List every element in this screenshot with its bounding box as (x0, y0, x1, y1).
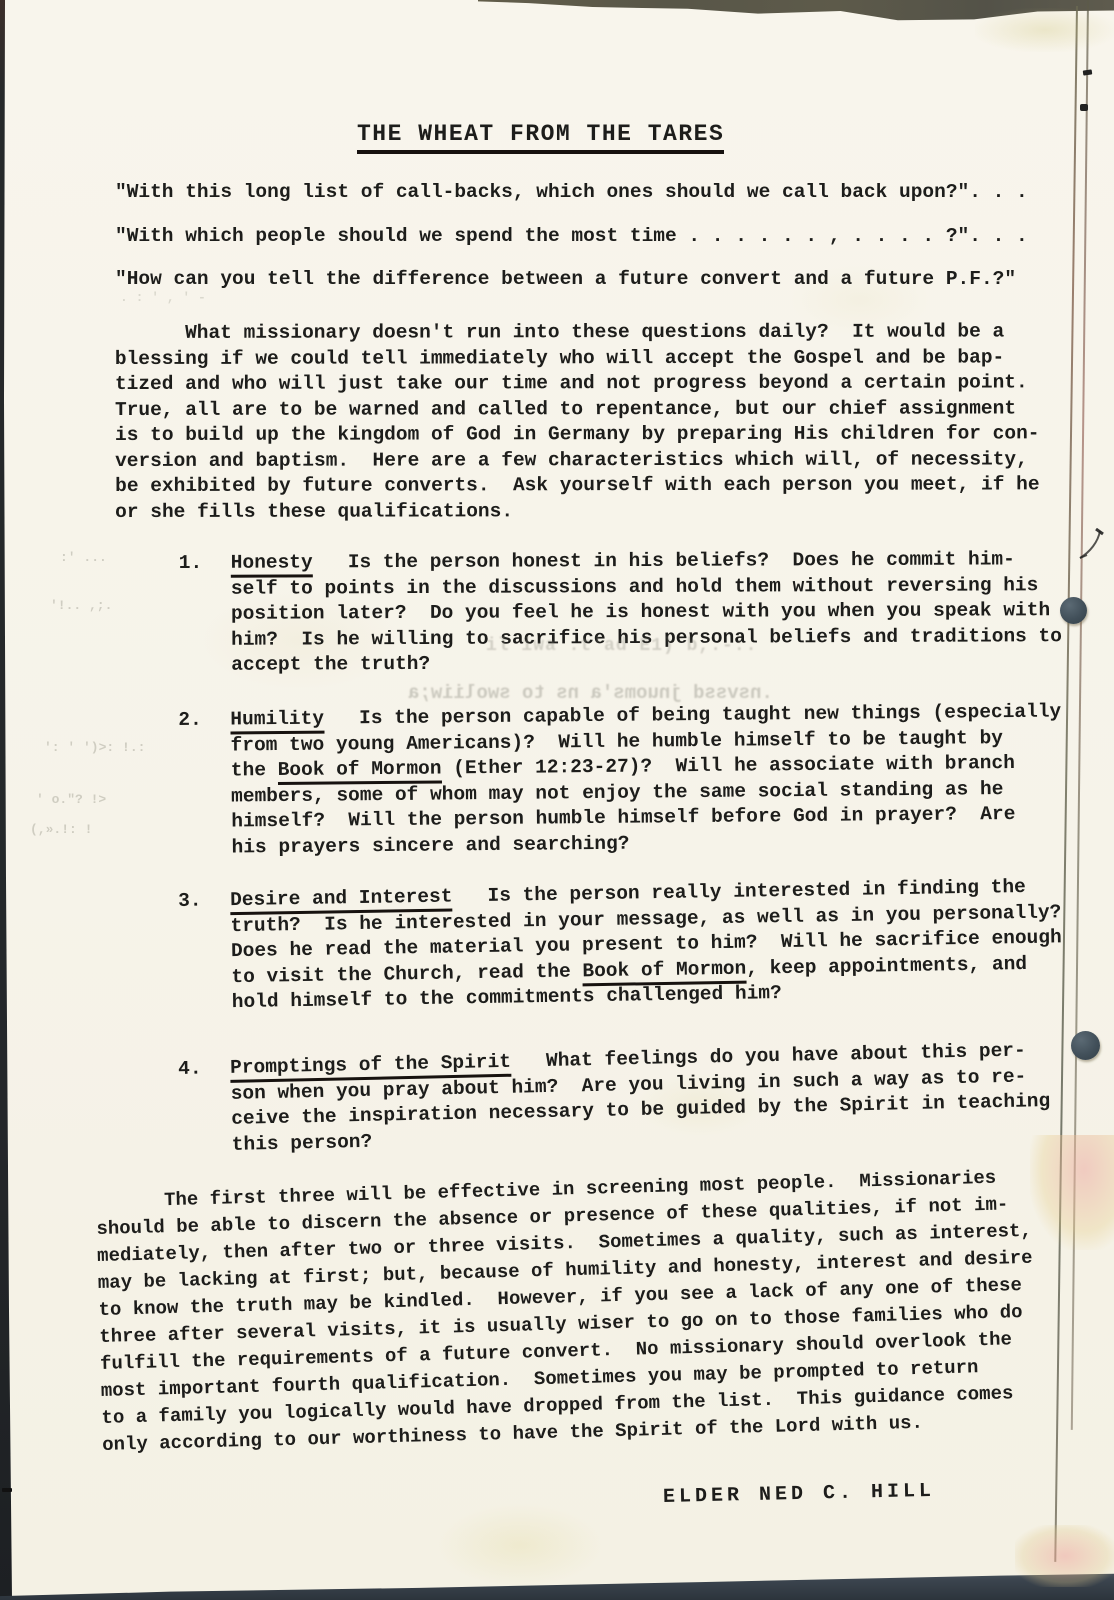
list-item-humility: 2. Humility Is the person capable of bei… (178, 699, 1114, 861)
item-text: Honesty Is the person honest in his beli… (231, 547, 1094, 678)
item-text: Humility Is the person capable of being … (230, 699, 1093, 860)
margin-smudge: . : ' , ' - (120, 290, 206, 305)
item-number: 1. (179, 550, 232, 678)
list-item-desire-and-interest: 3. Desire and Interest Is the person rea… (178, 874, 1114, 1017)
item-term: Humility (230, 708, 324, 735)
item-text: Promptings of the Spirit What feelings d… (230, 1037, 1094, 1158)
list-item-promptings-of-the-spirit: 4. Promptings of the Spirit What feeling… (178, 1036, 1114, 1158)
item-text: Desire and Interest Is the person really… (230, 874, 1094, 1016)
intro-paragraph: What missionary doesn't run into these q… (115, 319, 1060, 525)
item-number: 2. (178, 708, 231, 861)
item-text-segment: Is the person honest in his beliefs? Doe… (231, 548, 1062, 675)
document-content: THE WHEAT FROM THE TARES "With this long… (0, 0, 1114, 1510)
book-of-mormon-underlined: Book of Mormon (278, 757, 442, 785)
bleed-through-text: il iwa .t'ad E1) b,.-:. (486, 636, 757, 656)
closing-paragraph: The first three will be effective in scr… (95, 1162, 1067, 1458)
item-term: Honesty (231, 551, 313, 577)
margin-smudge: '!.. ,;. (50, 598, 112, 613)
quote-line: "With which people should we spend the m… (115, 224, 1060, 250)
margin-smudge: ': ' ')>: !.: (44, 740, 145, 755)
quote-line: "With this long list of call-backs, whic… (115, 180, 1060, 206)
signature-line: ELDER NED C. HILL (663, 1474, 1114, 1510)
margin-smudge: :' ... (60, 550, 107, 565)
bleed-through-text: .nsvssd jnuoms'a ns to swoliiw;a (408, 682, 773, 704)
scan-bottom-edge-band (0, 1568, 1114, 1600)
scanned-page: THE WHEAT FROM THE TARES "With this long… (0, 0, 1114, 1600)
item-number: 4. (178, 1055, 232, 1158)
list-item-honesty: 1. Honesty Is the person honest in his b… (179, 546, 1114, 678)
margin-smudge: ' o."? !> (36, 792, 106, 807)
quote-line: "How can you tell the difference between… (115, 267, 1060, 293)
margin-smudge: (,».!: ! (30, 822, 92, 837)
item-number: 3. (178, 888, 232, 1016)
book-of-mormon-underlined: Book of Mormon (582, 957, 746, 986)
document-title: THE WHEAT FROM THE TARES (357, 122, 724, 154)
